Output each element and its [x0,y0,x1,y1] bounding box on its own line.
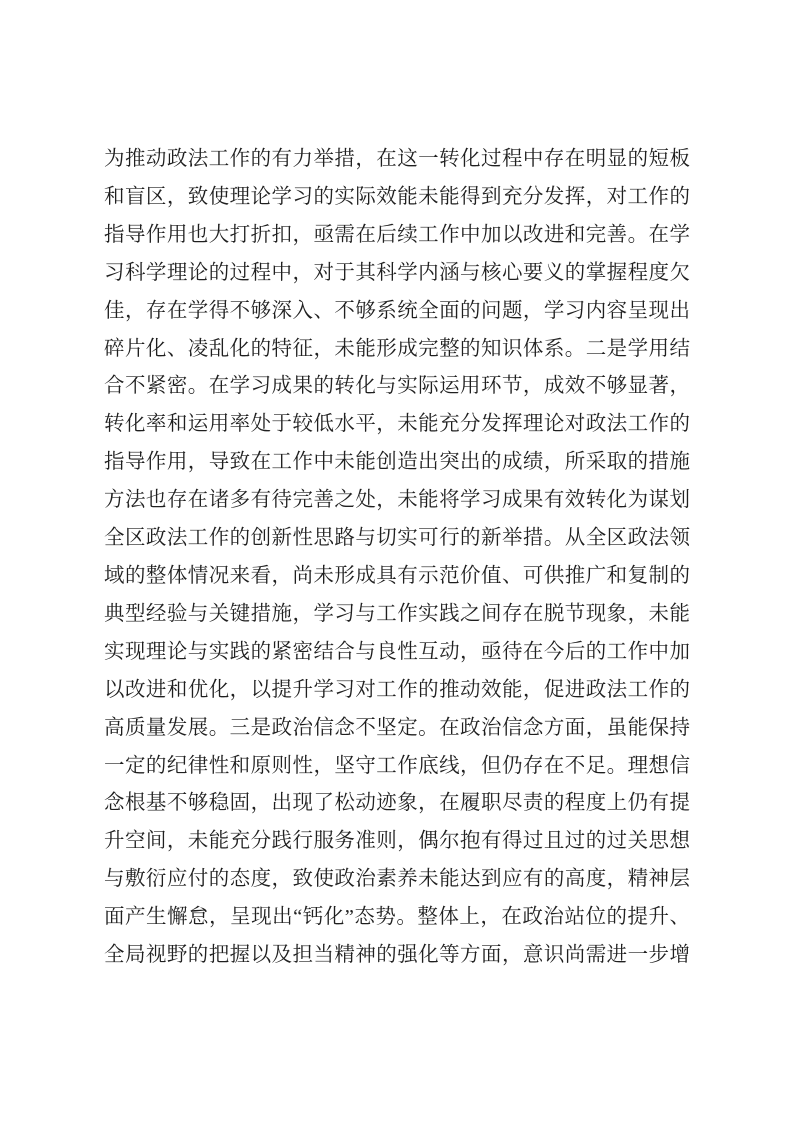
text-line: 佳，存在学得不够深入、不够系统全面的问题，学习内容呈现出 [104,293,690,331]
text-line: 为推动政法工作的有力举措，在这一转化过程中存在明显的短板 [104,141,690,179]
document-page: 为推动政法工作的有力举措，在这一转化过程中存在明显的短板 和盲区，致使理论学习的… [0,0,793,1122]
text-line: 指导作用也大打折扣，亟需在后续工作中加以改进和完善。在学 [104,217,690,255]
text-line: 升空间，未能充分践行服务准则，偶尔抱有得过且过的过关思想 [104,823,690,861]
text-line: 和盲区，致使理论学习的实际效能未能得到充分发挥，对工作的 [104,179,690,217]
text-line: 念根基不够稳固，出现了松动迹象，在履职尽责的程度上仍有提 [104,785,690,823]
text-line: 合不紧密。在学习成果的转化与实际运用环节，成效不够显著， [104,368,690,406]
text-line: 典型经验与关键措施，学习与工作实践之间存在脱节现象，未能 [104,596,690,634]
text-line: 转化率和运用率处于较低水平，未能充分发挥理论对政法工作的 [104,406,690,444]
text-line: 与敷衍应付的态度，致使政治素养未能达到应有的高度，精神层 [104,861,690,899]
text-line: 方法也存在诸多有待完善之处，未能将学习成果有效转化为谋划 [104,482,690,520]
text-line: 实现理论与实践的紧密结合与良性互动，亟待在今后的工作中加 [104,634,690,672]
text-line: 习科学理论的过程中，对于其科学内涵与核心要义的掌握程度欠 [104,255,690,293]
text-line: 指导作用，导致在工作中未能创造出突出的成绩，所采取的措施 [104,444,690,482]
text-line: 面产生懈怠，呈现出“钙化”态势。整体上，在政治站位的提升、 [104,899,690,937]
text-line: 全局视野的把握以及担当精神的强化等方面，意识尚需进一步增 [104,937,690,975]
text-line: 高质量发展。三是政治信念不坚定。在政治信念方面，虽能保持 [104,710,690,748]
body-text-paragraph: 为推动政法工作的有力举措，在这一转化过程中存在明显的短板 和盲区，致使理论学习的… [104,141,690,975]
text-line: 以改进和优化，以提升学习对工作的推动效能，促进政法工作的 [104,672,690,710]
text-line: 碎片化、凌乱化的特征，未能形成完整的知识体系。二是学用结 [104,331,690,369]
text-line: 全区政法工作的创新性思路与切实可行的新举措。从全区政法领 [104,520,690,558]
text-line: 一定的纪律性和原则性，坚守工作底线，但仍存在不足。理想信 [104,748,690,786]
text-line: 域的整体情况来看，尚未形成具有示范价值、可供推广和复制的 [104,558,690,596]
